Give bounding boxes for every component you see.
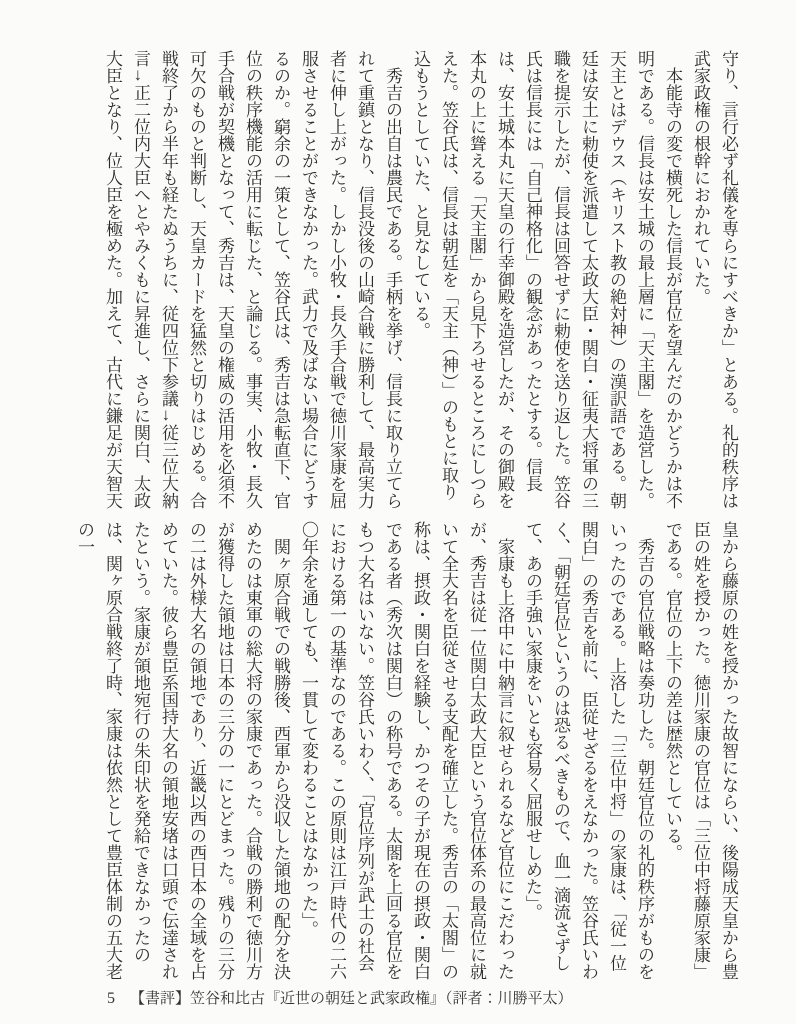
body-text-bottom-block: 皇から藤原の姓を授かった故智にならい、後陽成天皇から豊臣の姓を授かった。徳川家康… xyxy=(88,521,742,983)
footer-citation: 【書評】笠谷和比古『近世の朝廷と武家政権』（評者：川勝平太） xyxy=(130,987,573,1008)
text-paragraph: 秀吉の出自は農民である。手柄を挙げ、信長に取り立てられて重鎮となり、信長没後の山… xyxy=(98,50,406,512)
text-paragraph: 家康も上洛中に中納言に叙せられるなど官位にこだわったが、秀吉は従一位関白太政大臣… xyxy=(294,521,518,983)
page-number: 5 xyxy=(107,990,115,1008)
text-paragraph: 本能寺の変で横死した信長が官位を望んだのかどうかは不明である。信長は安土城の最上… xyxy=(406,50,686,512)
text-paragraph: 守り、言行必ず礼儀を専らにすべきか」とある。礼的秩序は武家政権の根幹におかれてい… xyxy=(686,50,742,512)
text-paragraph: 秀吉の官位戦略は奏功した。朝廷官位の礼的秩序がものをいったのである。上洛した「三… xyxy=(518,521,658,983)
body-text-top-block: 守り、言行必ず礼儀を専らにすべきか」とある。礼的秩序は武家政権の根幹におかれてい… xyxy=(88,50,742,512)
text-paragraph: 皇から藤原の姓を授かった故智にならい、後陽成天皇から豊臣の姓を授かった。徳川家康… xyxy=(658,521,742,983)
text-paragraph: 関ヶ原合戦での戦勝後、西軍から没収した領地の配分を決めたのは東軍の総大将の家康で… xyxy=(70,521,294,983)
footer: 5 【書評】笠谷和比古『近世の朝廷と武家政権』（評者：川勝平太） xyxy=(107,987,573,1008)
book-page: 守り、言行必ず礼儀を専らにすべきか」とある。礼的秩序は武家政権の根幹におかれてい… xyxy=(0,0,796,1024)
